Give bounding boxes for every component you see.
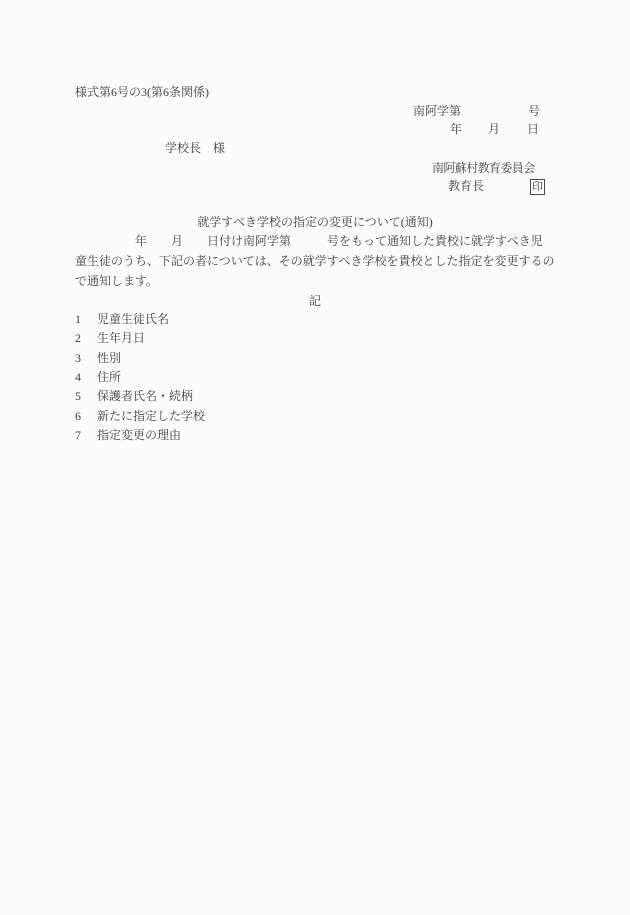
paragraph-line: で通知します。: [75, 273, 158, 289]
list-item-label: 児童生徒氏名: [97, 311, 169, 327]
list-item-label: 保護者氏名・続柄: [97, 388, 193, 404]
document-title: 就学すべき学校の指定の変更について(通知): [0, 214, 630, 230]
list-item: 4 住所: [75, 369, 121, 385]
date-month-label: 月: [488, 121, 500, 137]
list-item-number: 3: [75, 350, 97, 366]
list-item-label: 新たに指定した学校: [97, 408, 205, 424]
list-item-label: 性別: [97, 350, 121, 366]
list-item: 5 保護者氏名・続柄: [75, 388, 193, 404]
paragraph-line: 童生徒のうち、下記の者については、その就学すべき学校を貴校とした指定を変更するの: [75, 253, 555, 269]
addressee: 学校長 様: [165, 140, 225, 156]
list-item: 3 性別: [75, 350, 121, 366]
paragraph-line: 年 月 日付け南阿学第 号をもって通知した貴校に就学すべき児: [75, 233, 543, 249]
list-item-number: 2: [75, 330, 97, 346]
date-day-label: 日: [527, 121, 539, 137]
list-item: 2 生年月日: [75, 330, 145, 346]
form-number: 様式第6号の3(第6条関係): [75, 84, 209, 100]
list-item-number: 4: [75, 369, 97, 385]
doc-number-prefix: 南阿学第: [413, 103, 461, 119]
list-item: 1 児童生徒氏名: [75, 311, 169, 327]
date-year-label: 年: [450, 121, 462, 137]
document-page: 様式第6号の3(第6条関係) 南阿学第 号 年 月 日 学校長 様 南阿蘇村教育…: [0, 0, 630, 915]
seal-mark: 印: [530, 179, 545, 195]
record-label: 記: [0, 293, 630, 309]
list-item-label: 指定変更の理由: [97, 427, 181, 443]
list-item: 6 新たに指定した学校: [75, 408, 205, 424]
list-item-label: 生年月日: [97, 330, 145, 346]
list-item-number: 1: [75, 311, 97, 327]
sender-title: 教育長: [448, 178, 484, 194]
list-item-number: 6: [75, 408, 97, 424]
list-item-number: 7: [75, 427, 97, 443]
doc-number-suffix: 号: [528, 103, 540, 119]
sender-organization: 南阿蘇村教育委員会: [432, 160, 535, 176]
list-item-label: 住所: [97, 369, 121, 385]
list-item: 7 指定変更の理由: [75, 427, 181, 443]
list-item-number: 5: [75, 388, 97, 404]
